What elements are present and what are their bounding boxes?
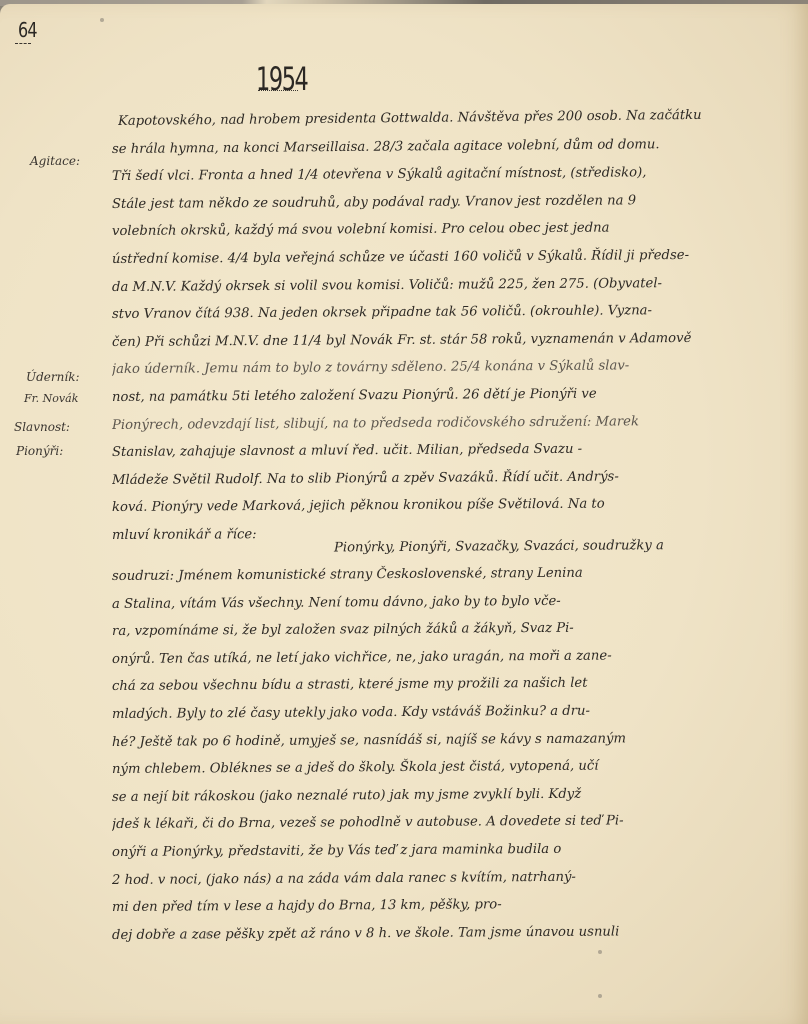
margin-note-agitace: Agitace:	[30, 154, 80, 168]
text-line: Stanislav, zahajuje slavnost a mluví řed…	[112, 435, 772, 467]
text-line: ústřední komise. 4/4 byla veřejná schůze…	[112, 241, 772, 273]
paper-spot	[598, 950, 602, 954]
text-line: mladých. Byly to zlé časy utekly jako vo…	[112, 696, 772, 728]
text-line: dej dobře a zase pěšky zpět až ráno v 8 …	[112, 917, 772, 949]
chronicle-page: 64 1954 Agitace: Úderník: Fr. Novák Slav…	[0, 4, 808, 1024]
year-heading: 1954	[256, 60, 307, 98]
text-line: soudruzi: Jménem komunistické strany Čes…	[112, 558, 772, 590]
handwritten-body: Kapotovského, nad hrobem presidenta Gott…	[112, 108, 772, 949]
margin-note-udernik: Úderník:	[26, 370, 80, 384]
text-line: nost, na památku 5ti letého založení Sva…	[112, 379, 772, 411]
text-line: ková. Pionýry vede Marková, jejich pěkno…	[112, 490, 772, 522]
text-line: stvo Vranov čítá 938. Na jeden okrsek př…	[112, 297, 772, 329]
margin-note-novak: Fr. Novák	[24, 392, 78, 405]
text-line: mi den před tím v lese a hajdy do Brna, …	[112, 890, 772, 922]
text-line: ným chlebem. Obléknes se a jdeš do školy…	[112, 752, 772, 784]
paper-spot	[206, 932, 210, 936]
margin-note-pionyri: Pionýři:	[16, 444, 63, 458]
paper-spot	[598, 994, 602, 998]
text-line: Tři šedí vlci. Fronta a hned 1/4 otevřen…	[112, 159, 772, 191]
margin-notes: Agitace: Úderník: Fr. Novák Slavnost: Pi…	[0, 4, 110, 1024]
text-line: ra, vzpomínáme si, že byl založen svaz p…	[112, 614, 772, 646]
paper-spot	[100, 18, 104, 22]
text-line: onýři a Pionýrky, představiti, že by Vás…	[112, 834, 772, 866]
margin-note-slavnost: Slavnost:	[14, 420, 70, 434]
year-heading-underline	[258, 90, 298, 91]
